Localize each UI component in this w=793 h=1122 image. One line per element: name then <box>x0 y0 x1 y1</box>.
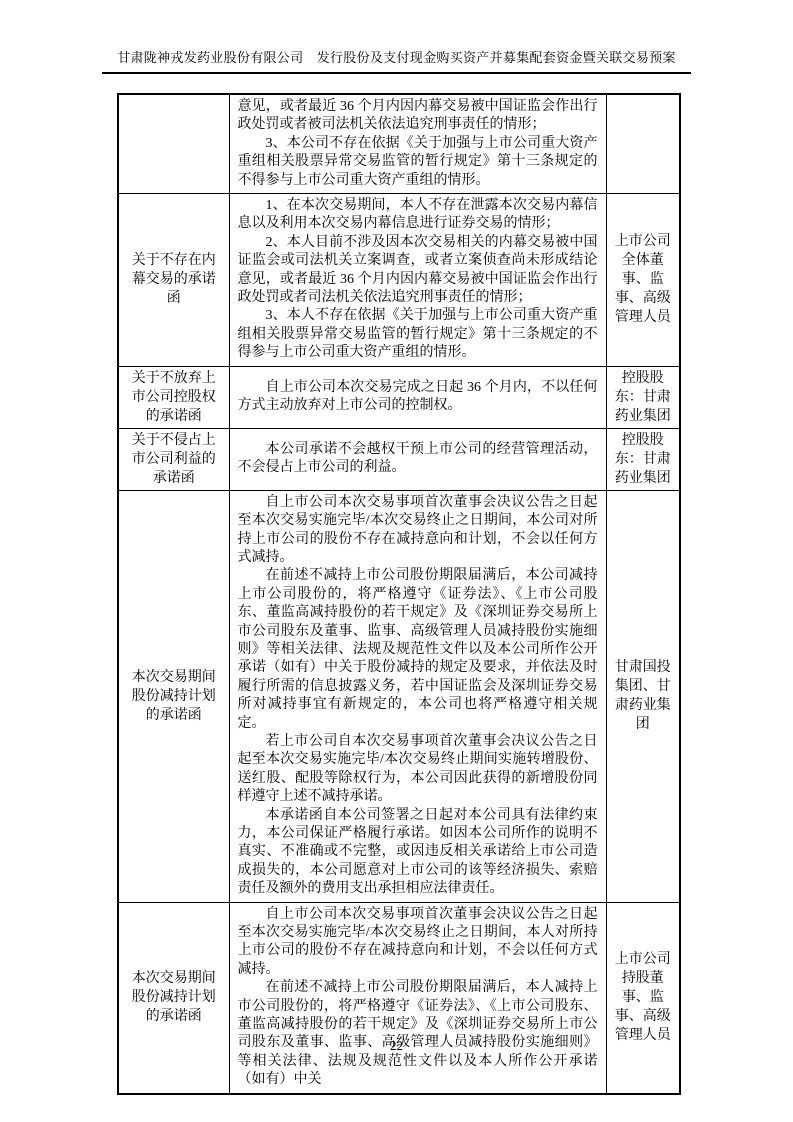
table-row: 本次交易期间股份减持计划的承诺函自上市公司本次交易事项首次董事会决议公告之日起至… <box>118 490 680 902</box>
commitment-content-cell: 1、在本次交易期间，本人不存在泄露本次交易内幕信息以及利用本次交易内幕信息进行证… <box>229 194 606 367</box>
commitment-paragraph: 在前述不减持上市公司股份期限届满后，本人减持上市公司股份的，将严格遵守《证券法》… <box>238 979 598 1089</box>
commitment-party-cell: 控股股东：甘肃药业集团 <box>606 366 680 428</box>
commitment-name-cell: 本次交易期间股份减持计划的承诺函 <box>118 490 229 902</box>
commitments-table-body: 意见，或者最近 36 个月内因内幕交易被中国证监会作出行政处罚或者被司法机关依法… <box>118 94 680 1094</box>
commitment-paragraph: 意见，或者最近 36 个月内因内幕交易被中国证监会作出行政处罚或者被司法机关依法… <box>238 98 598 135</box>
commitment-party-cell: 甘肃国投集团、甘肃药业集团 <box>606 490 680 902</box>
commitment-content-cell: 自上市公司本次交易事项首次董事会决议公告之日起至本次交易实施完毕/本次交易终止之… <box>229 902 606 1094</box>
commitment-content-cell: 自上市公司本次交易事项首次董事会决议公告之日起至本次交易实施完毕/本次交易终止之… <box>229 490 606 902</box>
header-title: 甘肃陇神戎发药业股份有限公司 发行股份及支付现金购买资产并募集配套资金暨关联交易… <box>117 50 676 65</box>
commitment-party-cell <box>606 94 680 194</box>
commitment-paragraph: 自上市公司本次交易事项首次董事会决议公告之日起至本次交易实施完毕/本次交易终止之… <box>238 494 598 568</box>
commitment-paragraph: 1、在本次交易期间，本人不存在泄露本次交易内幕信息以及利用本次交易内幕信息进行证… <box>238 197 598 234</box>
page-number: 22 <box>390 1038 403 1053</box>
commitment-name-cell: 关于不侵占上市公司利益的承诺函 <box>118 428 229 490</box>
table-row: 关于不侵占上市公司利益的承诺函本公司承诺不会越权干预上市公司的经营管理活动，不会… <box>118 428 680 490</box>
commitments-table: 意见，或者最近 36 个月内因内幕交易被中国证监会作出行政处罚或者被司法机关依法… <box>117 93 681 1095</box>
commitment-paragraph: 若上市公司自本次交易事项首次董事会决议公告之日起至本次交易实施完毕/本次交易终止… <box>238 733 598 807</box>
commitment-paragraph: 本承诺函自本公司签署之日起对本公司具有法律约束力，本公司保证严格履行承诺。如因本… <box>238 807 598 899</box>
commitment-name-cell: 本次交易期间股份减持计划的承诺函 <box>118 902 229 1094</box>
commitment-paragraph: 自上市公司本次交易事项首次董事会决议公告之日起至本次交易实施完毕/本次交易终止之… <box>238 906 598 980</box>
commitment-party-cell: 上市公司全体董事、监事、高级管理人员 <box>606 194 680 367</box>
table-row: 关于不存在内幕交易的承诺函1、在本次交易期间，本人不存在泄露本次交易内幕信息以及… <box>118 194 680 367</box>
commitment-paragraph: 3、本公司不存在依据《关于加强与上市公司重大资产重组相关股票异常交易监管的暂行规… <box>238 135 598 190</box>
commitment-content-cell: 意见，或者最近 36 个月内因内幕交易被中国证监会作出行政处罚或者被司法机关依法… <box>229 94 606 194</box>
commitment-content-cell: 自上市公司本次交易完成之日起 36 个月内，不以任何方式主动放弃对上市公司的控制… <box>229 366 606 428</box>
commitment-party-cell: 控股股东：甘肃药业集团 <box>606 428 680 490</box>
commitment-name-cell <box>118 94 229 194</box>
commitment-paragraph: 本公司承诺不会越权干预上市公司的经营管理活动，不会侵占上市公司的利益。 <box>238 441 598 478</box>
commitment-name-cell: 关于不放弃上市公司控股权的承诺函 <box>118 366 229 428</box>
commitment-party-cell: 上市公司持股董事、监事、高级管理人员 <box>606 902 680 1094</box>
table-row: 关于不放弃上市公司控股权的承诺函自上市公司本次交易完成之日起 36 个月内，不以… <box>118 366 680 428</box>
commitment-paragraph: 2、本人目前不涉及因本次交易相关的内幕交易被中国证监会或司法机关立案调查，或者立… <box>238 234 598 308</box>
table-row: 意见，或者最近 36 个月内因内幕交易被中国证监会作出行政处罚或者被司法机关依法… <box>118 94 680 194</box>
page-footer: 22 <box>0 1038 793 1054</box>
page-header: 甘肃陇神戎发药业股份有限公司 发行股份及支付现金购买资产并募集配套资金暨关联交易… <box>102 47 691 74</box>
commitment-paragraph: 在前述不减持上市公司股份期限届满后，本公司减持上市公司股份的，将严格遵守《证券法… <box>238 567 598 733</box>
commitment-name-cell: 关于不存在内幕交易的承诺函 <box>118 194 229 367</box>
commitment-content-cell: 本公司承诺不会越权干预上市公司的经营管理活动，不会侵占上市公司的利益。 <box>229 428 606 490</box>
table-row: 本次交易期间股份减持计划的承诺函自上市公司本次交易事项首次董事会决议公告之日起至… <box>118 902 680 1094</box>
commitment-paragraph: 自上市公司本次交易完成之日起 36 个月内，不以任何方式主动放弃对上市公司的控制… <box>238 379 598 416</box>
document-page: 甘肃陇神戎发药业股份有限公司 发行股份及支付现金购买资产并募集配套资金暨关联交易… <box>0 0 793 1122</box>
commitment-paragraph: 3、本人不存在依据《关于加强与上市公司重大资产重组相关股票异常交易监管的暂行规定… <box>238 307 598 362</box>
